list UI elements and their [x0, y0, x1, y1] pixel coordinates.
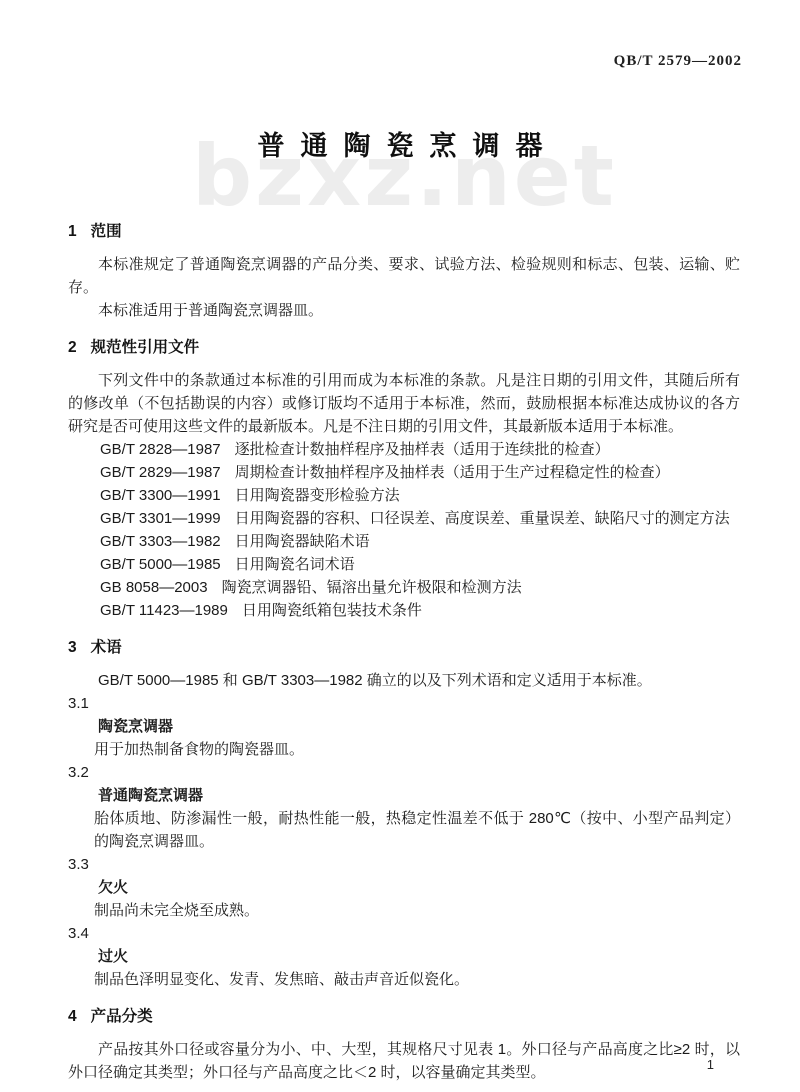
term-definition: 制品色泽明显变化、发青、发焦暗、敲击声音近似瓷化。	[68, 968, 740, 991]
reference-item: GB 8058—2003陶瓷烹调器铅、镉溶出量允许极限和检测方法	[68, 576, 740, 599]
term-block: 3.4 过火 制品色泽明显变化、发青、发焦暗、敲击声音近似瓷化。	[68, 922, 740, 991]
term-name: 普通陶瓷烹调器	[68, 784, 740, 807]
reference-code: GB/T 2828—1987	[100, 441, 221, 458]
paragraph: GB/T 5000—1985 和 GB/T 3303—1982 确立的以及下列术…	[68, 669, 740, 692]
reference-item: GB/T 3301—1999日用陶瓷器的容积、口径误差、高度误差、重量误差、缺陷…	[68, 507, 740, 530]
term-number: 3.1	[68, 692, 740, 715]
reference-title: 日用陶瓷器变形检验方法	[235, 487, 400, 504]
reference-title: 日用陶瓷器的容积、口径误差、高度误差、重量误差、缺陷尺寸的测定方法	[235, 510, 730, 527]
reference-title: 周期检查计数抽样程序及抽样表（适用于生产过程稳定性的检查）	[235, 464, 670, 481]
section-terms: 3术语 GB/T 5000—1985 和 GB/T 3303—1982 确立的以…	[68, 636, 740, 991]
section-heading: 3术语	[68, 636, 740, 659]
term-number: 3.2	[68, 761, 740, 784]
term-definition: 制品尚未完全烧至成熟。	[68, 899, 740, 922]
section-scope: 1范围 本标准规定了普通陶瓷烹调器的产品分类、要求、试验方法、检验规则和标志、包…	[68, 220, 740, 322]
term-name: 过火	[68, 945, 740, 968]
section-title: 范围	[91, 223, 122, 240]
document-title: 普通陶瓷烹调器	[0, 124, 800, 163]
section-number: 2	[68, 339, 77, 356]
section-title: 术语	[91, 639, 122, 656]
reference-item: GB/T 11423—1989日用陶瓷纸箱包装技术条件	[68, 599, 740, 622]
reference-item: GB/T 3303—1982日用陶瓷器缺陷术语	[68, 530, 740, 553]
section-product-classification: 4产品分类 产品按其外口径或容量分为小、中、大型，其规格尺寸见表 1。外口径与产…	[68, 1005, 740, 1084]
term-block: 3.2 普通陶瓷烹调器 胎体质地、防渗漏性一般，耐热性能一般，热稳定性温差不低于…	[68, 761, 740, 853]
section-number: 4	[68, 1008, 77, 1025]
reference-code: GB/T 3303—1982	[100, 533, 221, 550]
reference-title: 逐批检查计数抽样程序及抽样表（适用于连续批的检查）	[235, 441, 610, 458]
term-definition: 胎体质地、防渗漏性一般，耐热性能一般，热稳定性温差不低于 280℃（按中、小型产…	[68, 807, 740, 853]
reference-code: GB 8058—2003	[100, 579, 208, 596]
section-heading: 4产品分类	[68, 1005, 740, 1028]
standard-number: QB/T 2579—2002	[614, 53, 742, 70]
page-number: 1	[707, 1057, 714, 1072]
reference-list: GB/T 2828—1987逐批检查计数抽样程序及抽样表（适用于连续批的检查） …	[68, 438, 740, 622]
reference-item: GB/T 2828—1987逐批检查计数抽样程序及抽样表（适用于连续批的检查）	[68, 438, 740, 461]
reference-item: GB/T 2829—1987周期检查计数抽样程序及抽样表（适用于生产过程稳定性的…	[68, 461, 740, 484]
section-title: 规范性引用文件	[91, 339, 200, 356]
reference-title: 日用陶瓷名词术语	[235, 556, 355, 573]
term-block: 3.3 欠火 制品尚未完全烧至成熟。	[68, 853, 740, 922]
document-page: bzxz.net QB/T 2579—2002 普通陶瓷烹调器 1范围 本标准规…	[0, 0, 800, 1092]
paragraph: 本标准规定了普通陶瓷烹调器的产品分类、要求、试验方法、检验规则和标志、包装、运输…	[68, 253, 740, 299]
section-number: 1	[68, 223, 77, 240]
term-number: 3.3	[68, 853, 740, 876]
term-number: 3.4	[68, 922, 740, 945]
document-body: 1范围 本标准规定了普通陶瓷烹调器的产品分类、要求、试验方法、检验规则和标志、包…	[68, 206, 740, 1084]
scanned-content: bzxz.net QB/T 2579—2002 普通陶瓷烹调器 1范围 本标准规…	[0, 0, 800, 1092]
reference-title: 陶瓷烹调器铅、镉溶出量允许极限和检测方法	[222, 579, 522, 596]
section-heading: 2规范性引用文件	[68, 336, 740, 359]
reference-code: GB/T 5000—1985	[100, 556, 221, 573]
term-block: 3.1 陶瓷烹调器 用于加热制备食物的陶瓷器皿。	[68, 692, 740, 761]
reference-code: GB/T 3301—1999	[100, 510, 221, 527]
term-name: 陶瓷烹调器	[68, 715, 740, 738]
reference-code: GB/T 2829—1987	[100, 464, 221, 481]
reference-code: GB/T 3300—1991	[100, 487, 221, 504]
paragraph: 下列文件中的条款通过本标准的引用而成为本标准的条款。凡是注日期的引用文件，其随后…	[68, 369, 740, 438]
term-name: 欠火	[68, 876, 740, 899]
section-heading: 1范围	[68, 220, 740, 243]
section-normative-references: 2规范性引用文件 下列文件中的条款通过本标准的引用而成为本标准的条款。凡是注日期…	[68, 336, 740, 622]
paragraph: 本标准适用于普通陶瓷烹调器皿。	[68, 299, 740, 322]
section-number: 3	[68, 639, 77, 656]
paragraph: 产品按其外口径或容量分为小、中、大型，其规格尺寸见表 1。外口径与产品高度之比≥…	[68, 1038, 740, 1084]
reference-title: 日用陶瓷纸箱包装技术条件	[242, 602, 422, 619]
reference-item: GB/T 5000—1985日用陶瓷名词术语	[68, 553, 740, 576]
term-definition: 用于加热制备食物的陶瓷器皿。	[68, 738, 740, 761]
reference-title: 日用陶瓷器缺陷术语	[235, 533, 370, 550]
section-title: 产品分类	[91, 1008, 153, 1025]
reference-code: GB/T 11423—1989	[100, 602, 228, 619]
reference-item: GB/T 3300—1991日用陶瓷器变形检验方法	[68, 484, 740, 507]
